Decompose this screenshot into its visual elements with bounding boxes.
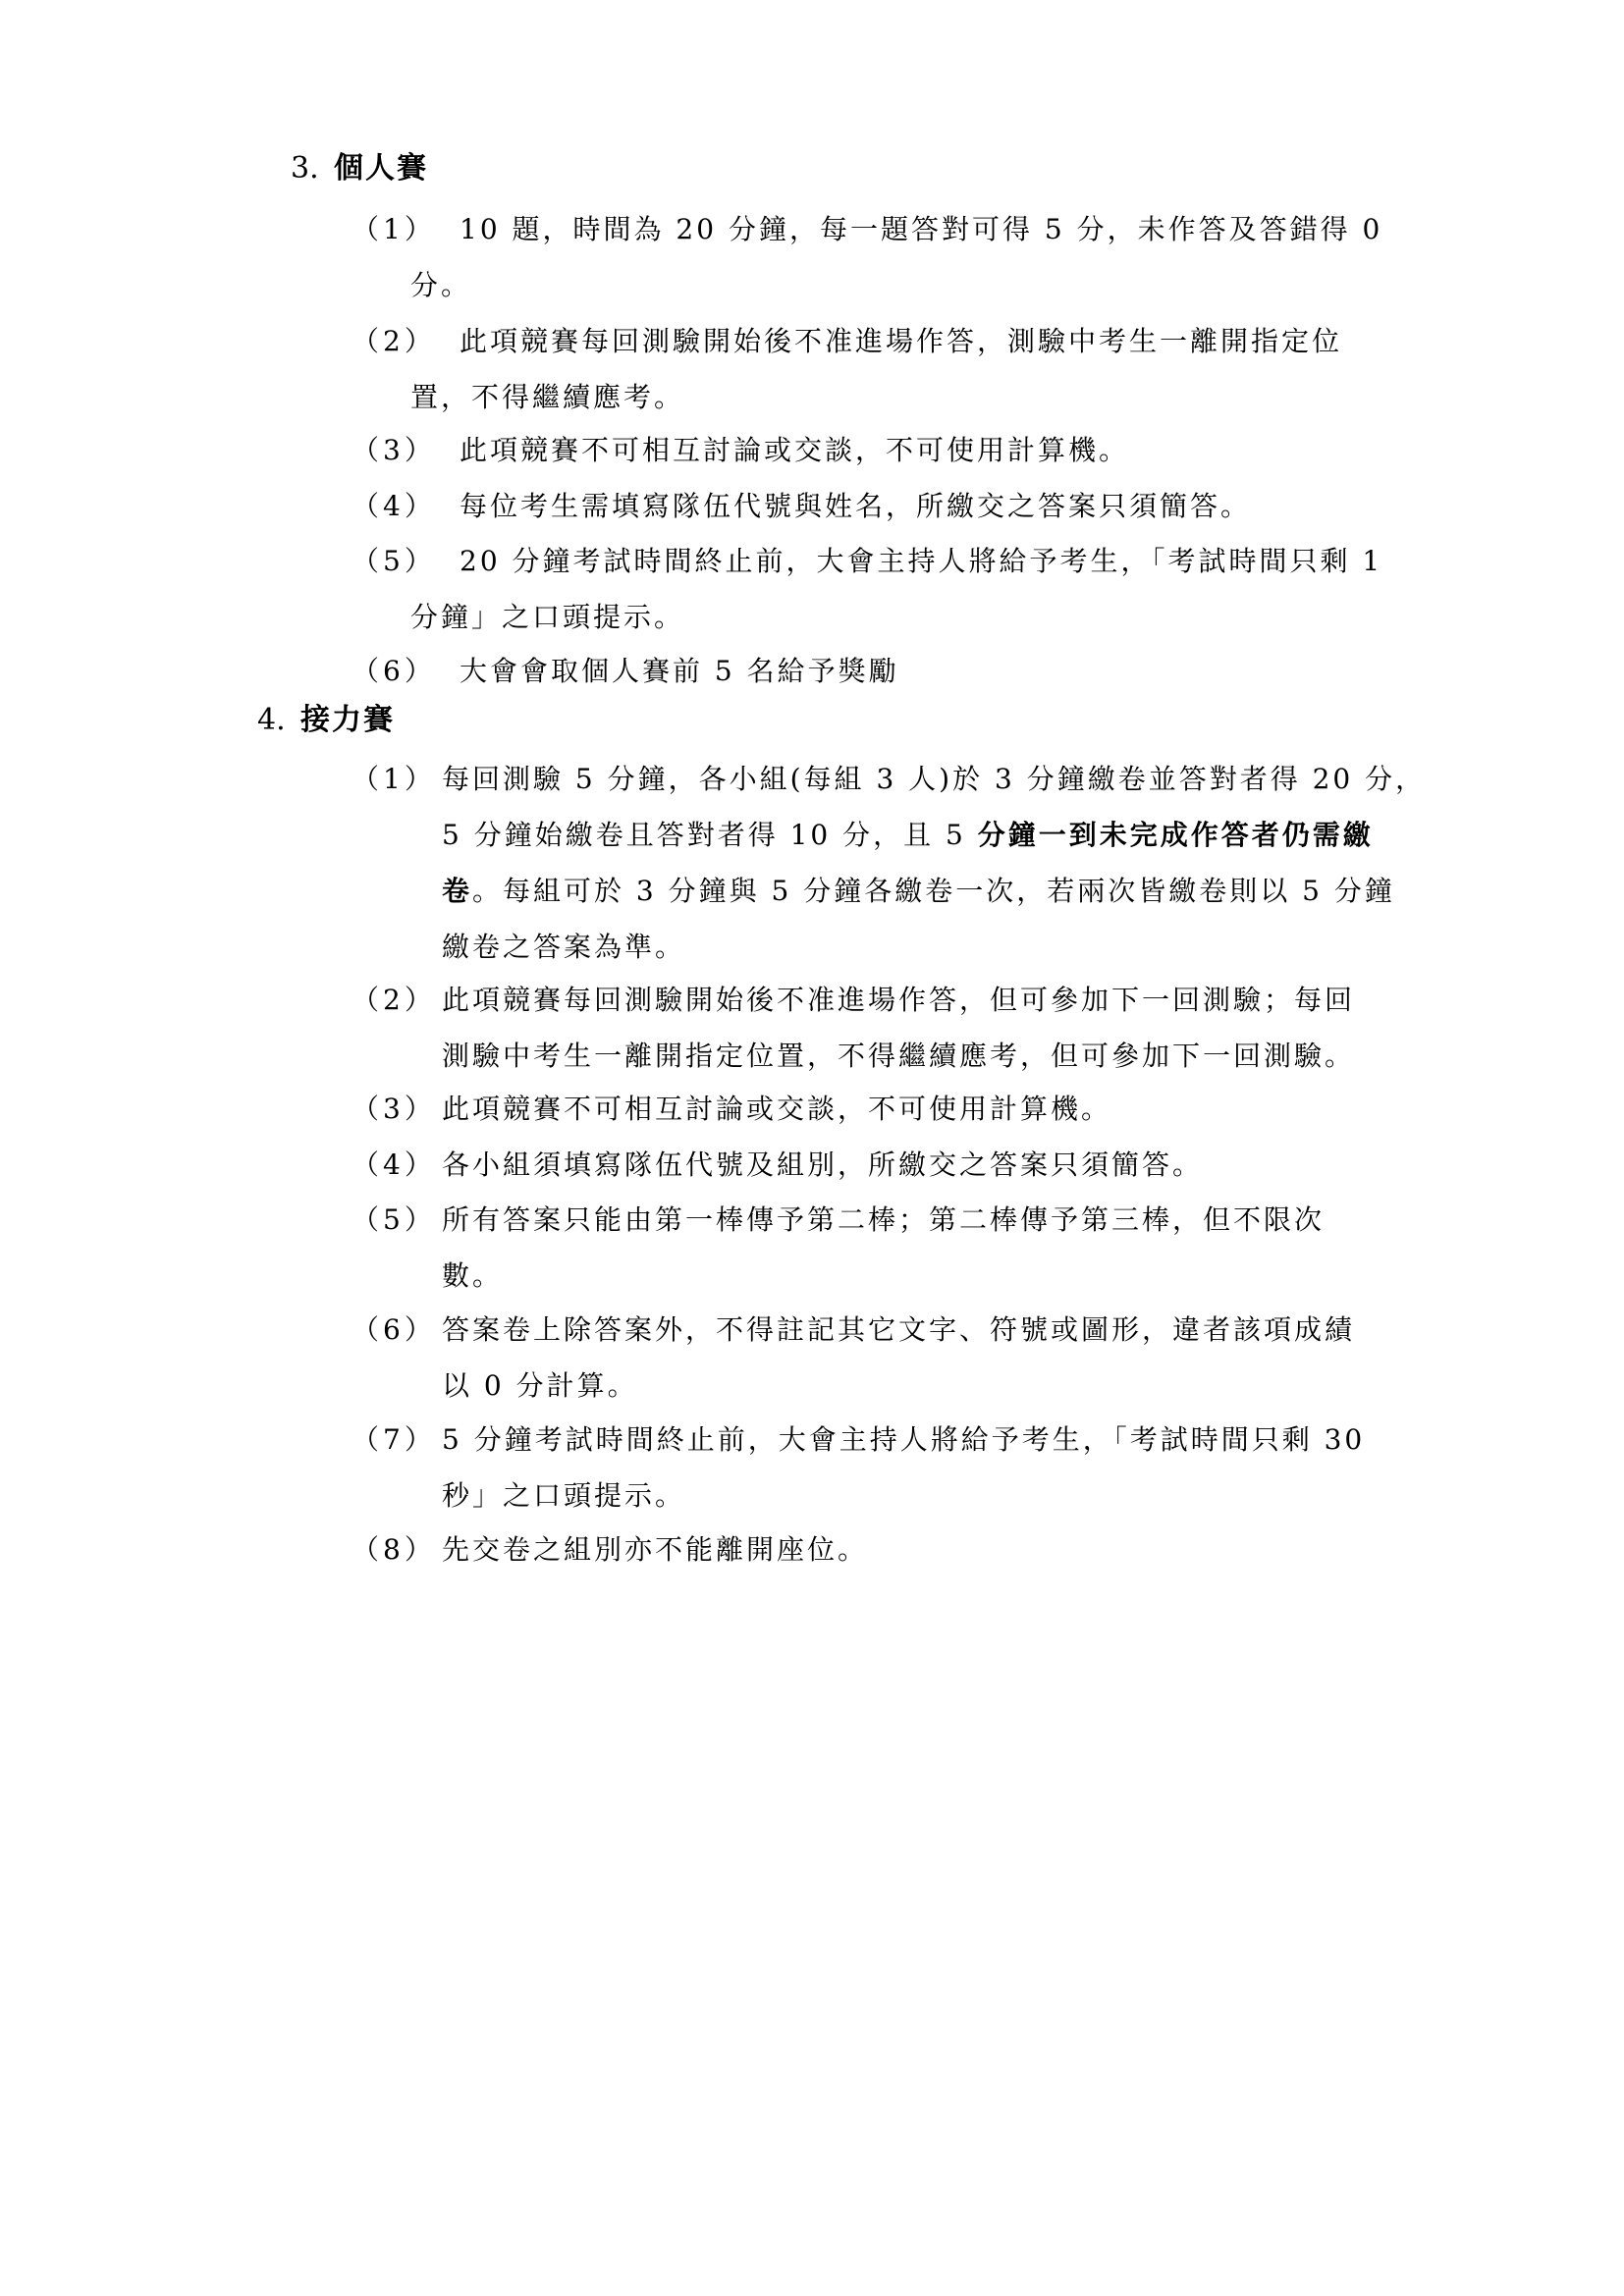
item-marker: （1） [352,201,436,257]
item-text-line: 5 分鐘考試時間終止前，大會主持人將給予考生，「考試時間只剩 30 [442,1412,1365,1468]
item-marker: （7） [352,1412,436,1468]
list-item: （5） 所有答案只能由第一棒傳予第二棒；第二棒傳予第三棒，但不限次 數。 [352,1192,1441,1304]
list-item: （7） 5 分鐘考試時間終止前，大會主持人將給予考生，「考試時間只剩 30 秒」… [352,1412,1441,1523]
section-heading-relay: 4.接力賽 [257,701,395,740]
item-text-line: 每位考生需填寫隊伍代號與姓名，所繳交之答案只須簡答。 [460,478,1251,534]
list-item: （3） 此項競賽不可相互討論或交談，不可使用計算機。 [352,1081,1441,1137]
document-page: 3.個人賽 （1） 10 題，時間為 20 分鐘，每一題答對可得 5 分，未作答… [0,0,1624,2296]
item-text-line: 20 分鐘考試時間終止前，大會主持人將給予考生，「考試時間只剩 1 [460,533,1382,589]
item-text-emphasis: 卷 [442,875,472,907]
list-item: （4） 每位考生需填寫隊伍代號與姓名，所繳交之答案只須簡答。 [352,478,1441,534]
item-text-line: 5 分鐘始繳卷且答對者得 10 分，且 5 分鐘一到未完成作答者仍需繳 [442,807,1426,863]
item-text-line: 各小組須填寫隊伍代號及組別，所繳交之答案只須簡答。 [442,1137,1203,1193]
section-title: 接力賽 [300,703,395,737]
section-number: 3. [291,149,334,188]
item-marker: （5） [352,533,436,589]
item-text-line: 此項競賽不可相互討論或交談，不可使用計算機。 [442,1081,1111,1137]
item-text-line: 繳卷之答案為準。 [442,919,1426,975]
item-text-line: 秒」之口頭提示。 [442,1468,1365,1523]
item-text-line: 大會會取個人賽前 5 名給予獎勵 [460,643,899,699]
item-marker: （2） [352,972,436,1028]
item-marker: （8） [352,1522,436,1577]
item-text-line: 此項競賽每回測驗開始後不准進場作答，但可參加下一回測驗；每回 [442,972,1355,1028]
section-title: 個人賽 [334,151,428,186]
item-marker: （5） [352,1192,436,1248]
list-item: （1） 每回測驗 5 分鐘，各小組(每組 3 人)於 3 分鐘繳卷並答對者得 2… [352,751,1441,975]
list-item: （6） 答案卷上除答案外，不得註記其它文字、符號或圖形，違者該項成績 以 0 分… [352,1302,1441,1414]
item-text-line: 所有答案只能由第一棒傳予第二棒；第二棒傳予第三棒，但不限次 [442,1192,1325,1248]
list-item: （3） 此項競賽不可相互討論或交談，不可使用計算機。 [352,422,1441,478]
item-text-line: 答案卷上除答案外，不得註記其它文字、符號或圖形，違者該項成績 [442,1302,1355,1358]
list-item: （8） 先交卷之組別亦不能離開座位。 [352,1522,1441,1577]
item-text-line: 此項競賽不可相互討論或交談，不可使用計算機。 [460,422,1129,478]
section-number: 4. [257,701,300,740]
item-text-normal: 5 分鐘始繳卷且答對者得 10 分，且 5 [442,819,978,851]
item-marker: （3） [352,422,436,478]
item-text-line: 以 0 分計算。 [442,1358,1355,1414]
item-marker: （6） [352,643,436,699]
item-text-line: 先交卷之組別亦不能離開座位。 [442,1522,868,1577]
item-marker: （4） [352,1137,436,1193]
list-item: （2） 此項競賽每回測驗開始後不准進場作答，測驗中考生一離開指定位 置，不得繼續… [352,313,1441,425]
section-heading-individual: 3.個人賽 [291,149,428,188]
item-text-line: 置，不得繼續應考。 [410,369,684,425]
list-item: （1） 10 題，時間為 20 分鐘，每一題答對可得 5 分，未作答及答錯得 0… [352,201,1441,313]
item-text-line: 10 題，時間為 20 分鐘，每一題答對可得 5 分，未作答及答錯得 0 [460,201,1382,257]
item-marker: （3） [352,1081,436,1137]
item-text-line: 每回測驗 5 分鐘，各小組(每組 3 人)於 3 分鐘繳卷並答對者得 20 分， [442,751,1426,807]
item-marker: （1） [352,751,436,807]
item-text-line: 分鐘」之口頭提示。 [410,589,684,645]
item-marker: （2） [352,313,436,369]
item-text-line: 數。 [442,1248,1325,1304]
item-marker: （4） [352,478,436,534]
list-item: （2） 此項競賽每回測驗開始後不准進場作答，但可參加下一回測驗；每回 測驗中考生… [352,972,1441,1084]
list-item: （6） 大會會取個人賽前 5 名給予獎勵 [352,643,1441,699]
list-item: （5） 20 分鐘考試時間終止前，大會主持人將給予考生，「考試時間只剩 1 分鐘… [352,533,1441,645]
list-item: （4） 各小組須填寫隊伍代號及組別，所繳交之答案只須簡答。 [352,1137,1441,1193]
item-text-line: 分。 [410,257,471,313]
item-marker: （6） [352,1302,436,1358]
item-text-line: 卷。每組可於 3 分鐘與 5 分鐘各繳卷一次，若兩次皆繳卷則以 5 分鐘 [442,863,1426,919]
item-text-emphasis: 分鐘一到未完成作答者仍需繳 [978,819,1374,851]
item-text-line: 測驗中考生一離開指定位置，不得繼續應考，但可參加下一回測驗。 [442,1028,1355,1084]
item-text-normal: 。每組可於 3 分鐘與 5 分鐘各繳卷一次，若兩次皆繳卷則以 5 分鐘 [472,875,1395,907]
item-text-line: 此項競賽每回測驗開始後不准進場作答，測驗中考生一離開指定位 [460,313,1342,369]
